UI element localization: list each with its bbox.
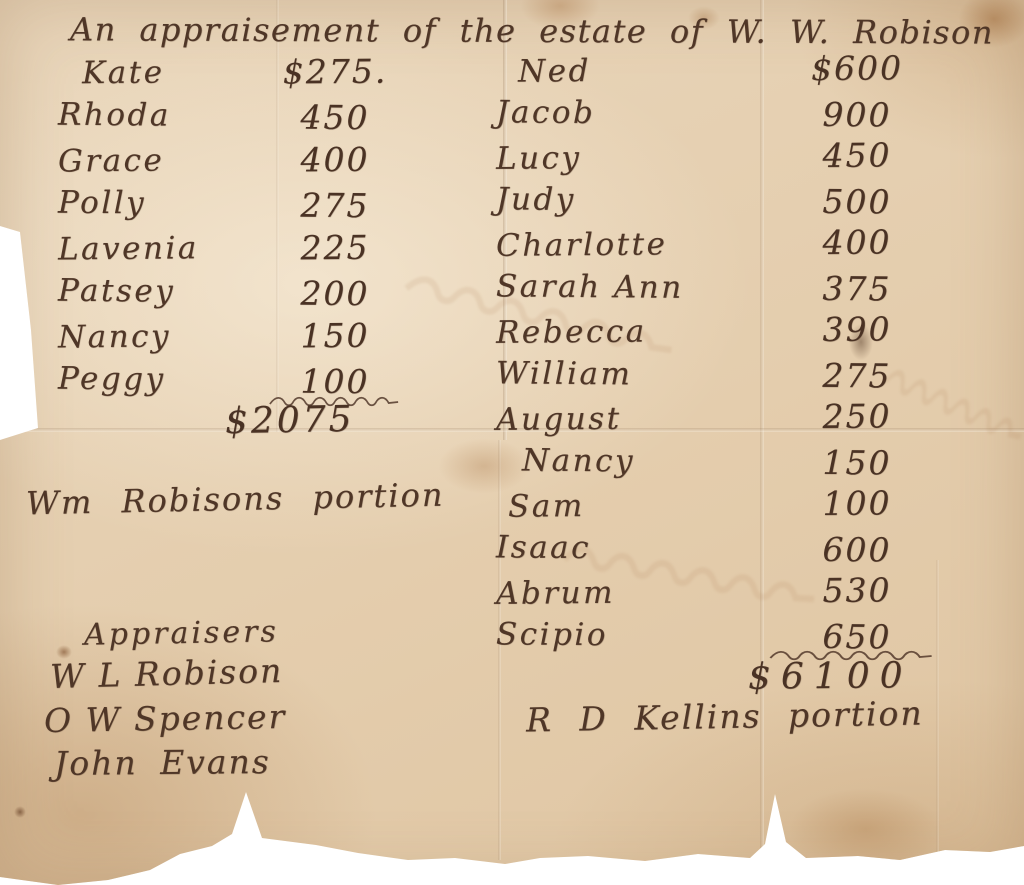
appraised-value: 375 <box>790 268 924 308</box>
appraised-value: 450 <box>790 135 924 175</box>
appraised-value: $600 <box>790 48 924 88</box>
appraised-value: 150 <box>276 315 394 355</box>
appraiser-signature: John Evans <box>54 742 271 783</box>
valuation-row: Isaac600 <box>496 525 924 572</box>
right-column-total: $6100 <box>748 655 913 697</box>
person-name: Isaac <box>496 529 591 566</box>
valuation-row: Sarah Ann375 <box>496 264 924 311</box>
fold-crease-vertical <box>936 560 939 855</box>
valuation-row: Jacob900 <box>496 90 924 137</box>
right-valuation-column: Ned$600 Jacob900 Lucy450 Judy500 Charlot… <box>496 48 924 657</box>
appraised-value: 600 <box>790 529 924 569</box>
valuation-row: Lavenia225 <box>58 225 394 272</box>
person-name: Abrum <box>496 575 615 612</box>
valuation-row: Charlotte400 <box>496 220 924 267</box>
portion-note-right: R D Kellins portion <box>526 694 924 740</box>
person-name: William <box>496 355 633 392</box>
person-name: Nancy <box>522 442 635 479</box>
person-name: Charlotte <box>496 226 668 263</box>
appraised-value: 275 <box>276 185 394 225</box>
valuation-row: Kate$275. <box>58 49 394 96</box>
valuation-row: August250 <box>496 394 924 441</box>
valuation-row: Ned$600 <box>496 46 924 93</box>
valuation-row: Judy500 <box>496 177 924 224</box>
person-name: Polly <box>58 185 146 222</box>
person-name: Rebecca <box>496 313 647 350</box>
person-name: Scipio <box>496 616 608 653</box>
person-name: Patsey <box>58 273 175 310</box>
appraised-value: 500 <box>790 181 924 221</box>
left-valuation-column: Kate$275. Rhoda450 Grace400 Polly275 Lav… <box>58 50 394 402</box>
left-column-total: $2075 <box>225 399 355 442</box>
person-name: Judy <box>496 181 576 218</box>
person-name: Peggy <box>58 361 166 398</box>
valuation-row: Grace400 <box>58 137 394 184</box>
valuation-row: Patsey200 <box>58 269 394 316</box>
person-name: Ned <box>518 53 591 90</box>
appraised-value: 150 <box>790 442 924 482</box>
person-name: August <box>496 401 622 438</box>
person-name: Rhoda <box>58 97 171 134</box>
person-name: Sam <box>508 488 585 525</box>
valuation-row: William275 <box>496 351 924 398</box>
person-name: Kate <box>82 55 165 92</box>
appraised-value: 530 <box>790 570 924 610</box>
appraised-value: 250 <box>790 396 924 436</box>
person-name: Jacob <box>496 94 596 131</box>
appraised-value: 200 <box>276 273 394 313</box>
person-name: Grace <box>58 143 165 180</box>
portion-note-left: Wm Robisons portion <box>26 476 445 523</box>
person-name: Nancy <box>58 318 171 355</box>
person-name: Lavenia <box>58 230 199 267</box>
appraiser-signature: O W Spencer <box>44 697 287 740</box>
appraised-value: $275. <box>276 51 394 91</box>
document-title: An appraisement of the estate of W. W. R… <box>70 10 1024 51</box>
valuation-row: Lucy450 <box>496 133 924 180</box>
valuation-row: Nancy150 <box>496 438 924 485</box>
valuation-row: Abrum530 <box>496 568 924 615</box>
appraised-value: 275 <box>790 355 924 395</box>
appraised-value: 225 <box>276 227 394 267</box>
valuation-row: Sam100 <box>496 481 924 528</box>
appraised-value: 100 <box>790 483 924 523</box>
age-stain <box>902 872 909 879</box>
appraisers-heading: Appraisers <box>84 614 279 652</box>
person-name: Lucy <box>496 140 582 177</box>
appraised-value: 390 <box>790 309 924 349</box>
appraised-value: 450 <box>276 97 394 137</box>
valuation-row: Rhoda450 <box>58 93 394 140</box>
appraiser-signature: W L Robison <box>50 651 284 696</box>
appraised-value: 400 <box>276 139 394 179</box>
appraised-value: 400 <box>790 222 924 262</box>
appraised-value: 900 <box>790 94 924 134</box>
age-stain <box>14 806 26 818</box>
valuation-row: Rebecca390 <box>496 307 924 354</box>
person-name: Sarah Ann <box>496 268 684 305</box>
manuscript-paper: An appraisement of the estate of W. W. R… <box>0 0 1024 885</box>
age-stain <box>788 788 943 870</box>
valuation-row: Nancy150 <box>58 313 394 360</box>
valuation-row: Polly275 <box>58 181 394 228</box>
